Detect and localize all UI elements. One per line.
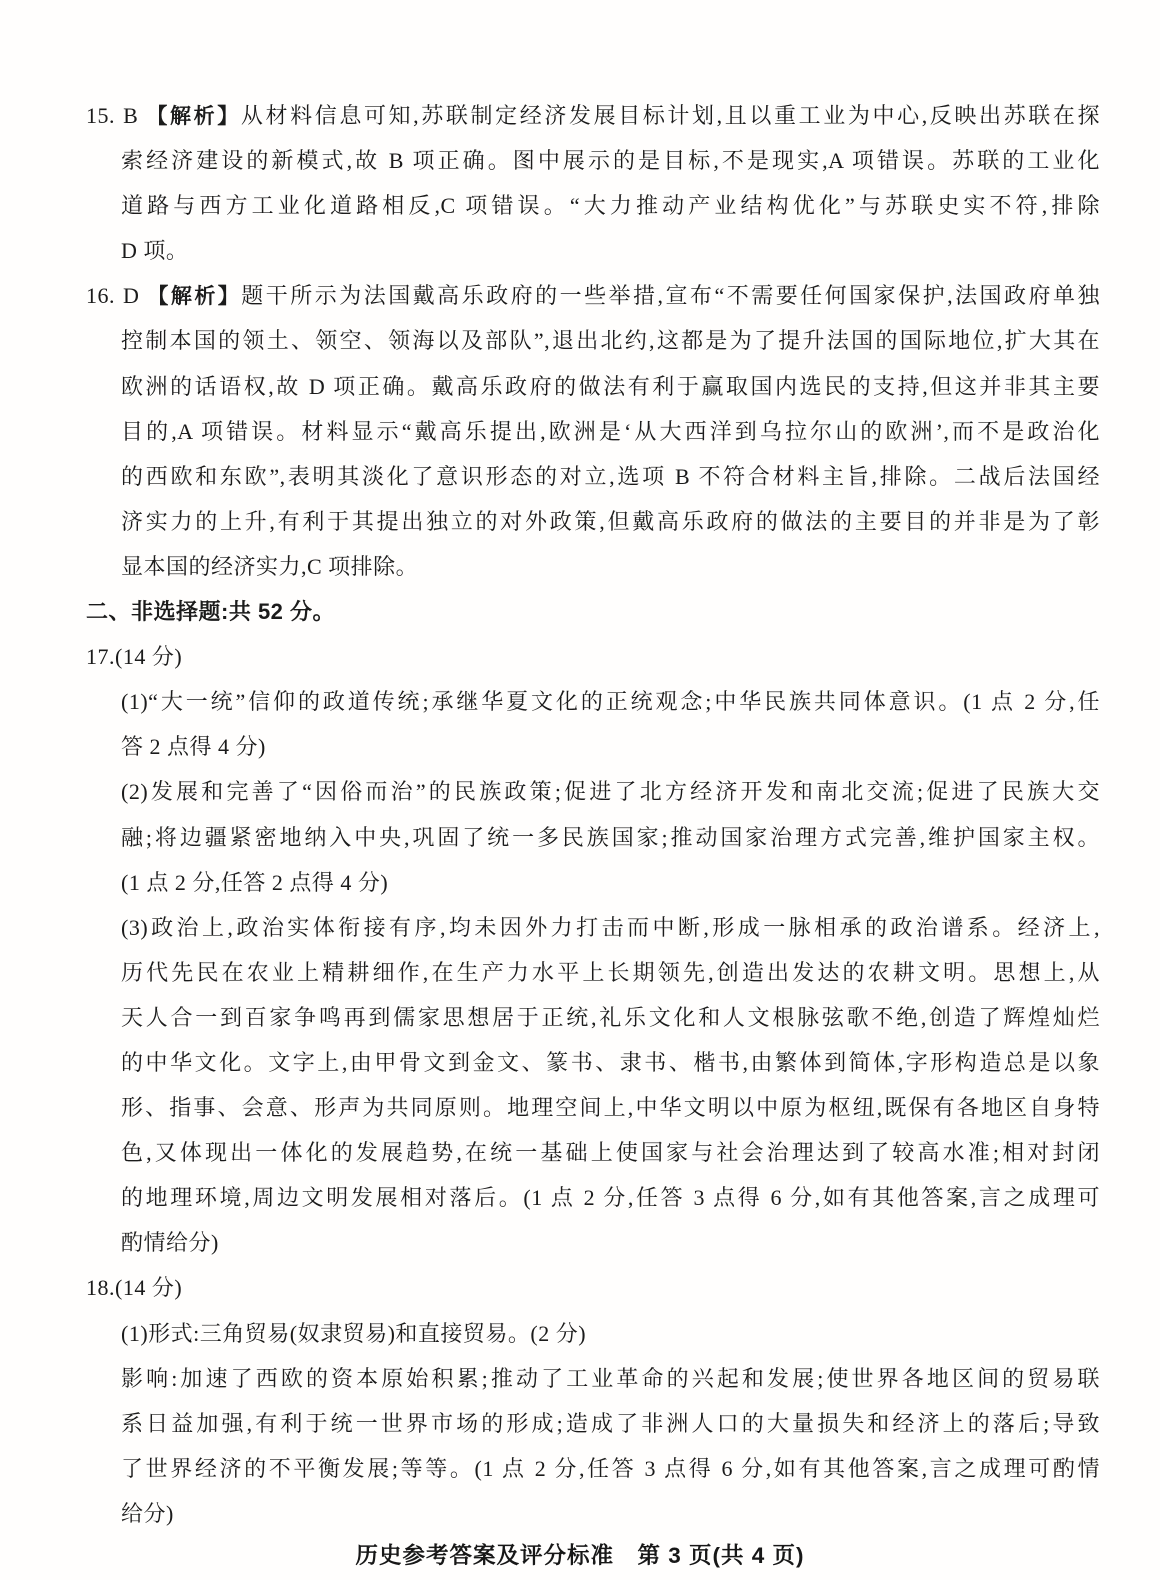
analysis-label: 【解析】: [146, 105, 240, 128]
text-line: 天人合一到百家争鸣再到儒家思想居于正统,礼乐文化和人文根脉弦歌不绝,创造了辉煌灿…: [121, 995, 1100, 1040]
page-content: 15. B 【解析】从材料信息可知,苏联制定经济发展目标计划,且以重工业为中心,…: [0, 93, 1160, 1536]
q18-answer-1-impact: 影响:加速了西欧的资本原始积累;推动了工业革命的兴起和发展;使世界各地区间的贸易…: [0, 1356, 1160, 1536]
text-line: (1)“大一统”信仰的政道传统;承继华夏文化的正统观念;中华民族共同体意识。(1…: [121, 679, 1100, 724]
text-line: 影响:加速了西欧的资本原始积累;推动了工业革命的兴起和发展;使世界各地区间的贸易…: [121, 1356, 1100, 1401]
text-line: 18.(14 分): [86, 1265, 1100, 1310]
text-line: 的西欧和东欧”,表明其淡化了意识形态的对立,选项 B 不符合材料主旨,排除。二战…: [121, 454, 1100, 499]
text-line: 色,又体现出一体化的发展趋势,在统一基础上使国家与社会治理达到了较高水准;相对封…: [121, 1130, 1100, 1175]
text-line: 17.(14 分): [86, 634, 1100, 679]
analysis-label: 【解析】: [147, 285, 241, 308]
text-line: 索经济建设的新模式,故 B 项正确。图中展示的是目标,不是现实,A 项错误。苏联…: [121, 138, 1100, 183]
text-line: 酌情给分): [121, 1220, 1100, 1265]
q17-answer-2: (2)发展和完善了“因俗而治”的民族政策;促进了北方经济开发和南北交流;促进了民…: [0, 769, 1160, 904]
text-line: 形、指事、会意、形声为共同原则。地理空间上,中华文明以中原为枢纽,既保有各地区自…: [121, 1085, 1100, 1130]
text-line: (3)政治上,政治实体衔接有序,均未因外力打击而中断,形成一脉相承的政治谱系。经…: [121, 905, 1100, 950]
section-header-2: 二、非选择题:共 52 分。: [0, 589, 1160, 634]
text-line: 控制本国的领土、领空、领海以及部队”,退出北约,这都是为了提升法国的国际地位,扩…: [121, 318, 1100, 363]
text-line: 历代先民在农业上精耕细作,在生产力水平上长期领先,创造出发达的农耕文明。思想上,…: [121, 950, 1100, 995]
text-line: D 项。: [121, 228, 1100, 273]
text-line: 的地理环境,周边文明发展相对落后。(1 点 2 分,任答 3 点得 6 分,如有…: [121, 1175, 1100, 1220]
answer-item-15: 15. B 【解析】从材料信息可知,苏联制定经济发展目标计划,且以重工业为中心,…: [0, 93, 1160, 273]
question-18-header: 18.(14 分): [0, 1265, 1160, 1310]
text-line: (1)形式:三角贸易(奴隶贸易)和直接贸易。(2 分): [121, 1311, 1100, 1356]
page-footer: 历史参考答案及评分标准 第 3 页(共 4 页): [0, 1540, 1160, 1572]
question-17-header: 17.(14 分): [0, 634, 1160, 679]
text-line: 欧洲的话语权,故 D 项正确。戴高乐政府的做法有利于赢取国内选民的支持,但这并非…: [121, 364, 1100, 409]
text-line: 了世界经济的不平衡发展;等等。(1 点 2 分,任答 3 点得 6 分,如有其他…: [121, 1446, 1100, 1491]
q17-answer-1: (1)“大一统”信仰的政道传统;承继华夏文化的正统观念;中华民族共同体意识。(1…: [0, 679, 1160, 769]
answer-sheet-page: 15. B 【解析】从材料信息可知,苏联制定经济发展目标计划,且以重工业为中心,…: [0, 0, 1160, 1580]
text-line: 目的,A 项错误。材料显示“戴高乐提出,欧洲是‘从大西洋到乌拉尔山的欧洲’,而不…: [121, 409, 1100, 454]
text-line: 融;将边疆紧密地纳入中央,巩固了统一多民族国家;推动国家治理方式完善,维护国家主…: [121, 815, 1100, 860]
text-line: 系日益加强,有利于统一世界市场的形成;造成了非洲人口的大量损失和经济上的落后;导…: [121, 1401, 1100, 1446]
text-line: 16. D 【解析】题干所示为法国戴高乐政府的一些举措,宣布“不需要任何国家保护…: [86, 273, 1100, 318]
text-line: 给分): [121, 1491, 1100, 1536]
text-line: 的中华文化。文字上,由甲骨文到金文、篆书、隶书、楷书,由繁体到简体,字形构造总是…: [121, 1040, 1100, 1085]
text-line: (2)发展和完善了“因俗而治”的民族政策;促进了北方经济开发和南北交流;促进了民…: [121, 769, 1100, 814]
q17-answer-3: (3)政治上,政治实体衔接有序,均未因外力打击而中断,形成一脉相承的政治谱系。经…: [0, 905, 1160, 1266]
text-line: 显本国的经济实力,C 项排除。: [121, 544, 1100, 589]
text-line: 二、非选择题:共 52 分。: [86, 589, 1100, 634]
text-line: 道路与西方工业化道路相反,C 项错误。“大力推动产业结构优化”与苏联史实不符,排…: [121, 183, 1100, 228]
text-line: 15. B 【解析】从材料信息可知,苏联制定经济发展目标计划,且以重工业为中心,…: [86, 93, 1100, 138]
text-line: 答 2 点得 4 分): [121, 724, 1100, 769]
text-line: (1 点 2 分,任答 2 点得 4 分): [121, 860, 1100, 905]
q18-answer-1-form: (1)形式:三角贸易(奴隶贸易)和直接贸易。(2 分): [0, 1311, 1160, 1356]
text-line: 济实力的上升,有利于其提出独立的对外政策,但戴高乐政府的做法的主要目的并非是为了…: [121, 499, 1100, 544]
answer-item-16: 16. D 【解析】题干所示为法国戴高乐政府的一些举措,宣布“不需要任何国家保护…: [0, 273, 1160, 589]
